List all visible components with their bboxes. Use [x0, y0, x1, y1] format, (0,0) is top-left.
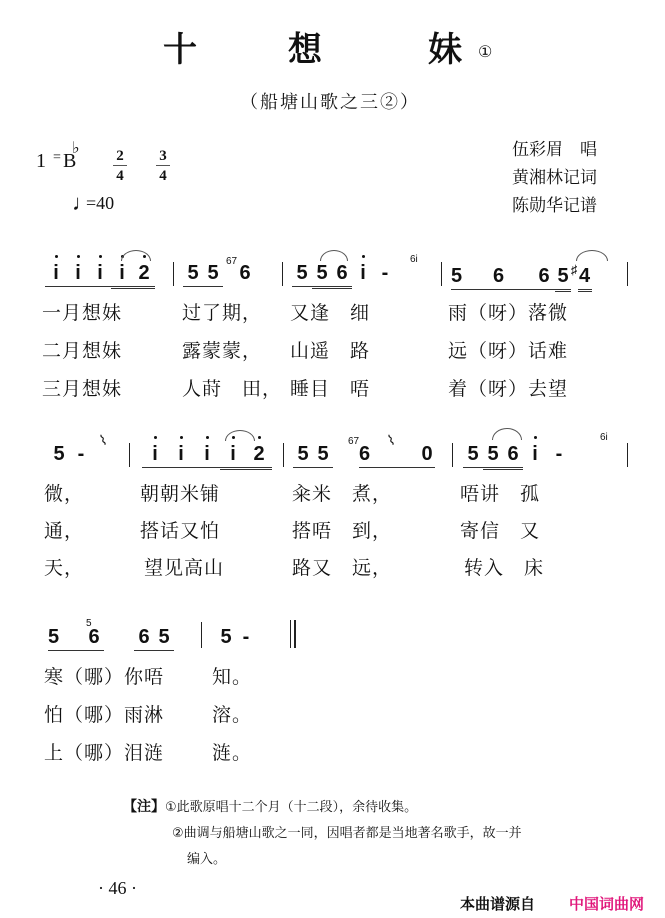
barline — [129, 443, 130, 467]
system2-measure1: 5- — [48, 443, 92, 466]
title-footnote-mark: ① — [478, 42, 492, 61]
grace-note-67: 67 — [348, 436, 359, 447]
lyric-s2-v3-m4: 转入 床 — [464, 553, 544, 580]
lyric-s1-v3-m2: 人莳 田， — [182, 374, 282, 401]
system2-measure2: iiii2 — [142, 443, 272, 470]
lyric-s1-v2-m1: 二月想妹 — [42, 336, 122, 363]
slur — [576, 250, 608, 261]
lyric-s3-v1-m1: 寒（哪）你唔 — [44, 662, 164, 689]
grace-note-6i: 6i — [410, 254, 418, 265]
note-item-2-cont: 编入。 — [123, 847, 522, 873]
system1-measure1: iiii2 — [45, 262, 155, 289]
slur — [121, 250, 151, 261]
barline — [452, 443, 453, 467]
key-tonic: 1 — [36, 150, 46, 173]
glide-down-icon: ⌇ — [97, 432, 109, 449]
time-signature-2-4: 2 4 — [113, 147, 127, 186]
lyric-s1-v1-m4: 雨（呀）落微 — [448, 298, 568, 325]
barline — [282, 262, 283, 286]
page-number: · 46 · — [98, 878, 137, 899]
lyric-s1-v1-m2: 过了期， — [182, 298, 262, 325]
lyric-s3-v2-m1: 怕（哪）雨淋 — [44, 700, 164, 727]
title-char-3: 妹 — [428, 22, 462, 71]
lyric-s1-v2-m2: 露蒙蒙， — [182, 336, 262, 363]
barline — [627, 262, 628, 286]
system1-measure4: 5665♯4 — [451, 262, 592, 292]
grace-note-6i: 6i — [600, 432, 608, 443]
note-item-2: ②曲调与船塘山歌之一同，因唱者都是当地著名歌手，故一并 — [123, 821, 522, 847]
system1-measure3: 556i- — [292, 262, 396, 289]
grace-note-67: 67 — [226, 256, 237, 267]
credit-notation: 陈勋华记谱 — [512, 192, 597, 220]
barline — [201, 622, 202, 648]
slur — [225, 430, 255, 441]
lyric-s1-v2-m3: 山遥 路 — [290, 336, 370, 363]
lyric-s2-v2-m2: 搭话又怕 — [140, 516, 220, 543]
lyric-s3-v3-m2: 涟。 — [212, 738, 252, 765]
lyric-s2-v1-m1: 微， — [44, 479, 84, 506]
lyric-s1-v3-m3: 睡目 唔 — [290, 374, 370, 401]
subtitle: （船塘山歌之三②） — [240, 88, 420, 114]
tempo-value: =40 — [86, 193, 114, 214]
lyric-s2-v2-m1: 通， — [44, 516, 84, 543]
lyric-s1-v3-m1: 三月想妹 — [42, 374, 122, 401]
credit-lyrics: 黄湘林记词 — [512, 164, 597, 192]
lyric-s3-v1-m2: 知。 — [212, 662, 252, 689]
key-equals: = — [53, 150, 61, 166]
system2-measure3: 5560 — [293, 443, 435, 468]
final-barline-thick — [294, 620, 296, 648]
lyric-s2-v3-m1: 天， — [44, 553, 84, 580]
grace-note-5: 5 — [86, 618, 92, 629]
barline — [627, 443, 628, 467]
final-barline-thin — [290, 620, 291, 648]
lyric-s1-v1-m1: 一月想妹 — [42, 298, 122, 325]
barline — [173, 262, 174, 286]
lyric-s3-v3-m1: 上（哪）泪涟 — [44, 738, 164, 765]
note-item-1: 【注】①此歌原唱十二个月（十二段），余待收集。 — [123, 794, 522, 821]
credit-singer: 伍彩眉 唱 — [512, 136, 597, 164]
title-char-1: 十 — [163, 22, 197, 71]
lyric-s1-v1-m3: 又逢 细 — [290, 298, 370, 325]
system2-measure4: 556i- — [463, 443, 571, 470]
lyric-s3-v2-m2: 溶。 — [212, 700, 252, 727]
lyric-s2-v1-m4: 唔讲 孤 — [460, 479, 540, 506]
notes-section: 【注】①此歌原唱十二个月（十二段），余待收集。 ②曲调与船塘山歌之一同，因唱者都… — [123, 794, 522, 873]
system1-measure2: 556 — [183, 262, 253, 287]
lyric-s2-v2-m3: 搭唔 到， — [292, 516, 392, 543]
lyric-s2-v3-m3: 路又 远， — [292, 553, 392, 580]
slur — [320, 250, 348, 261]
lyric-s2-v3-m2: 望见高山 — [144, 553, 224, 580]
barline — [283, 443, 284, 467]
lyric-s2-v1-m2: 朝朝米铺 — [140, 479, 220, 506]
time-signature-3-4: 3 4 — [156, 147, 170, 186]
system3-measure1: 5665 — [48, 626, 174, 651]
source-site-link[interactable]: 中国词曲网 — [569, 893, 644, 914]
lyric-s1-v2-m4: 远（呀）话难 — [448, 336, 568, 363]
lyric-s2-v2-m4: 寄信 又 — [460, 516, 540, 543]
system3-measure2: 5- — [216, 626, 256, 649]
credits: 伍彩眉 唱 黄湘林记词 陈勋华记谱 — [512, 136, 597, 220]
source-prefix: 本曲谱源自 — [460, 893, 535, 914]
title-char-2: 想 — [288, 22, 322, 71]
barline — [441, 262, 442, 286]
lyric-s1-v3-m4: 着（呀）去望 — [448, 374, 568, 401]
slur — [492, 428, 522, 440]
lyric-s2-v1-m3: 籴米 煮， — [292, 479, 392, 506]
notes-label: 【注】 — [123, 799, 165, 815]
key-name: B — [63, 150, 76, 173]
